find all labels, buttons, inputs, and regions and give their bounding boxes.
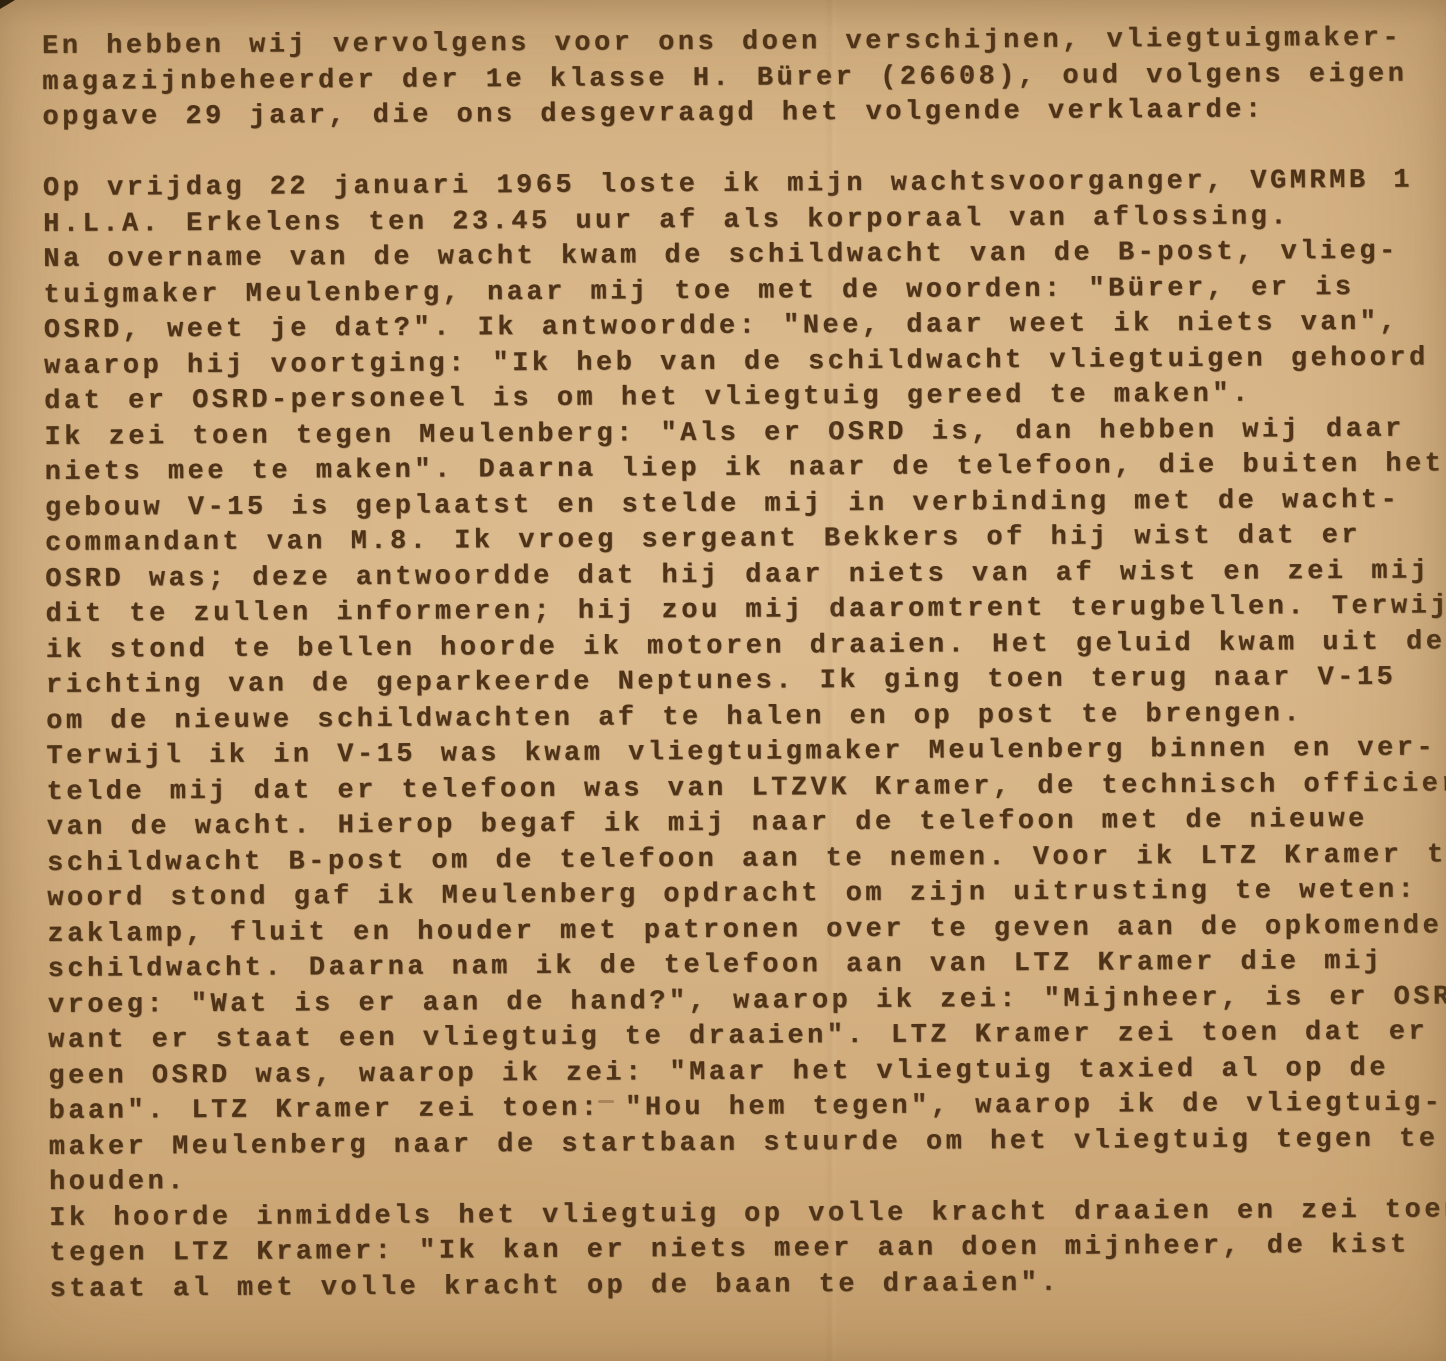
document-text: En hebben wij vervolgens voor ons doen v… <box>42 23 1442 1309</box>
document-page: En hebben wij vervolgens voor ons doen v… <box>0 0 1446 1361</box>
document-line: staat al met volle kracht op de baan te … <box>50 1266 1442 1310</box>
ink-smudge <box>598 1100 614 1103</box>
scan-corner-mark <box>0 0 15 9</box>
